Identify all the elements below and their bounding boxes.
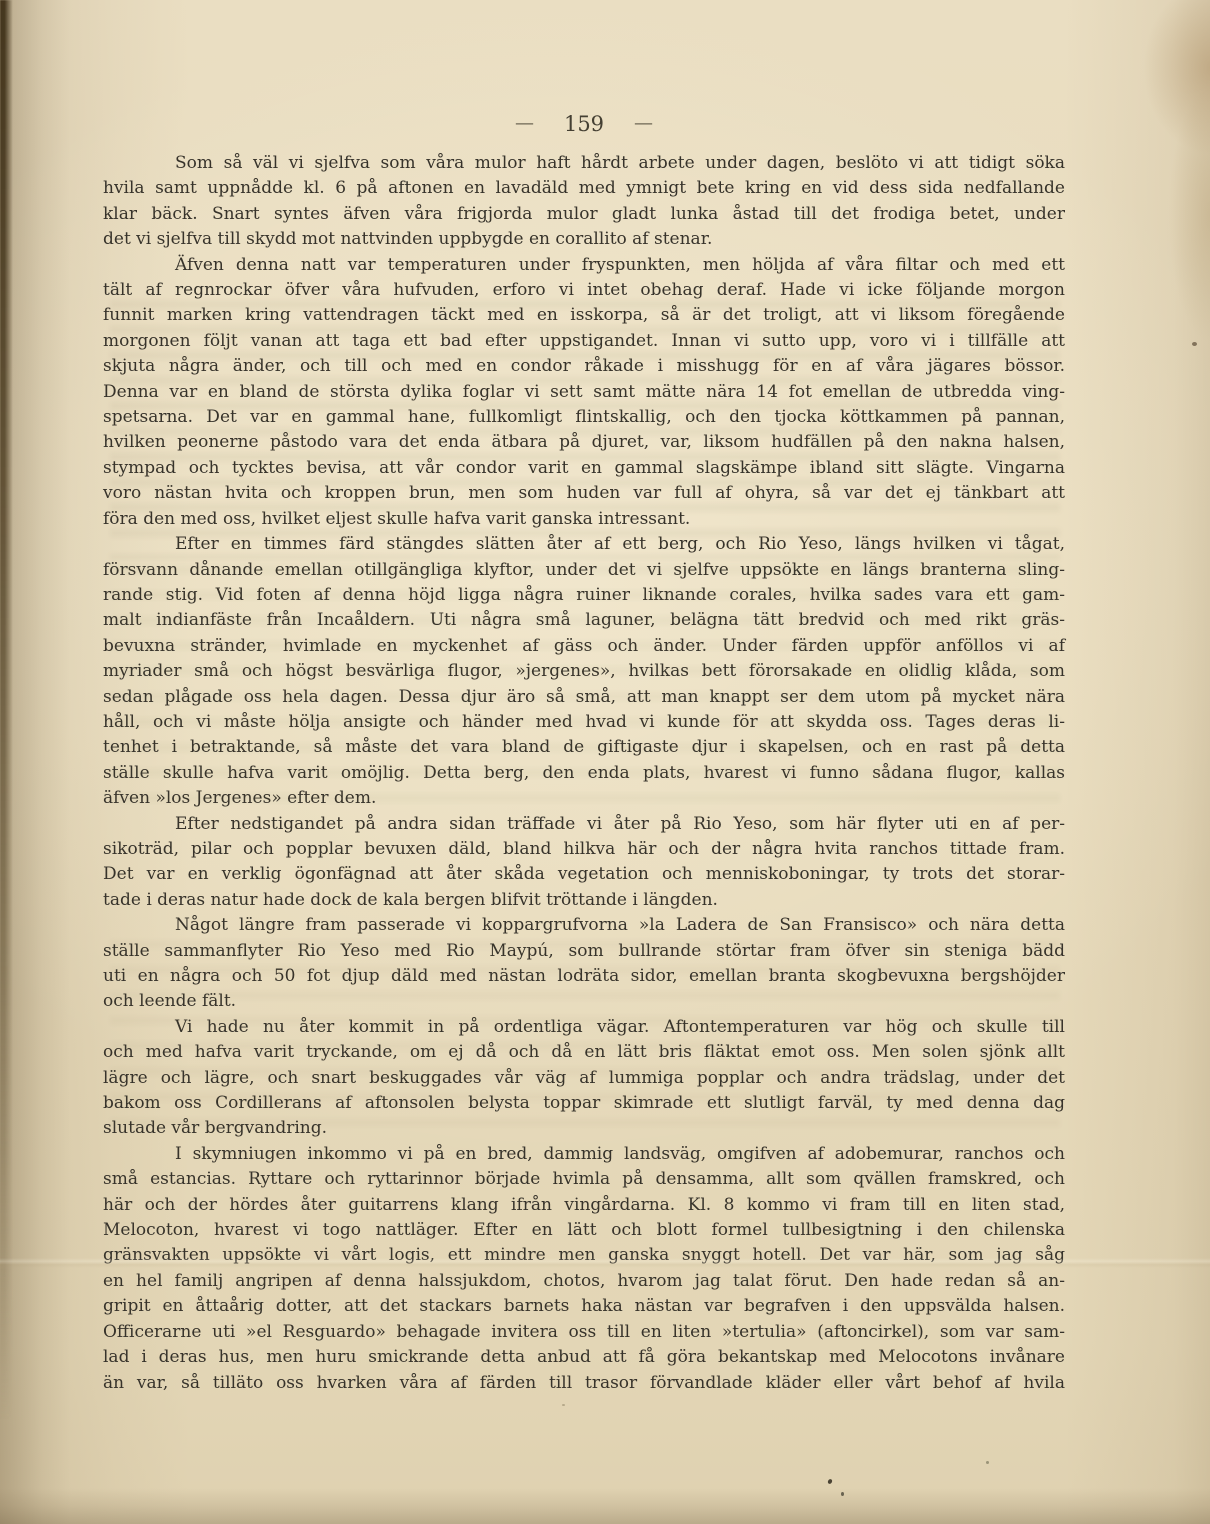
text-line: Äfven denna natt var temperaturen under … <box>103 253 1065 278</box>
text-line: än var, så tilläto oss hvarken våra af f… <box>103 1371 1065 1396</box>
text-line: en hel familj angripen af denna halssjuk… <box>103 1269 1065 1294</box>
text-line: rande stig. Vid foten af denna höjd ligg… <box>103 583 1065 608</box>
text-line: skjuta några änder, och till och med en … <box>103 354 1065 379</box>
text-line: och med hafva varit tryckande, om ej då … <box>103 1040 1065 1065</box>
text-line: klar bäck. Snart syntes äfven våra frigj… <box>103 202 1065 227</box>
text-line: Vi hade nu åter kommit in på ordentliga … <box>103 1015 1065 1040</box>
text-line: slutade vår bergvandring. <box>103 1116 1065 1141</box>
text-line: tenhet i betraktande, så måste det vara … <box>103 735 1065 760</box>
text-line: Efter en timmes färd stängdes slätten åt… <box>103 532 1065 557</box>
text-line: Något längre fram passerade vi koppargru… <box>103 913 1065 938</box>
ink-speck <box>986 1461 989 1464</box>
text-line: stympad och tycktes bevisa, att vår cond… <box>103 456 1065 481</box>
text-line: sedan plågade oss hela dagen. Dessa djur… <box>103 685 1065 710</box>
bottom-fold-shadow <box>0 1488 1210 1524</box>
text-line: gränsvakten uppsökte vi vårt logis, ett … <box>103 1243 1065 1268</box>
header-dash-left: — <box>515 112 534 134</box>
text-line: det vi sjelfva till skydd mot nattvinden… <box>103 227 1065 252</box>
text-line: Denna var en bland de största dylika fog… <box>103 380 1065 405</box>
text-line: äfven »los Jergenes» efter dem. <box>103 786 1065 811</box>
text-line: funnit marken kring vattendragen täckt m… <box>103 303 1065 328</box>
text-line: håll, och vi måste hölja ansigte och hän… <box>103 710 1065 735</box>
text-line: gripit en åttaårig dotter, att det stack… <box>103 1294 1065 1319</box>
text-line: malt indianfäste från Incaåldern. Uti nå… <box>103 608 1065 633</box>
text-line: Melocoton, hvarest vi togo nattläger. Ef… <box>103 1218 1065 1243</box>
text-line: tade i deras natur hade dock de kala ber… <box>103 888 1065 913</box>
text-line: ställe skulle hafva varit omöjlig. Detta… <box>103 761 1065 786</box>
text-line: här och der hördes åter guitarrens klang… <box>103 1193 1065 1218</box>
text-line: Officerarne uti »el Resguardo» behagade … <box>103 1320 1065 1345</box>
text-line: I skymniugen inkommo vi på en bred, damm… <box>103 1142 1065 1167</box>
ink-speck <box>841 1492 844 1496</box>
text-line: hvila samt uppnådde kl. 6 på aftonen en … <box>103 176 1065 201</box>
header-dash-right: — <box>634 112 653 134</box>
text-line: ställe sammanflyter Rio Yeso med Rio May… <box>103 939 1065 964</box>
page-number: 159 <box>564 112 604 136</box>
ink-speck <box>827 1478 833 1484</box>
page-header: — 159 — <box>103 112 1065 136</box>
text-line: och leende fält. <box>103 989 1065 1014</box>
text-line: sikoträd, pilar och popplar bevuxen däld… <box>103 837 1065 862</box>
text-line: lad i deras hus, men huru smickrande det… <box>103 1345 1065 1370</box>
text-line: myriader små och högst besvärliga flugor… <box>103 659 1065 684</box>
text-line: morgonen följt vanan att taga ett bad ef… <box>103 329 1065 354</box>
text-line: voro nästan hvita och kroppen brun, men … <box>103 481 1065 506</box>
text-line: bakom oss Cordillerans af aftonsolen bel… <box>103 1091 1065 1116</box>
text-line: lägre och lägre, och snart beskuggades v… <box>103 1066 1065 1091</box>
text-line: Efter nedstigandet på andra sidan träffa… <box>103 812 1065 837</box>
text-line: bevuxna stränder, hvimlade en myckenhet … <box>103 634 1065 659</box>
scanned-book-page: — 159 — Som så väl vi sjelfva som våra m… <box>0 0 1210 1524</box>
text-line: Det var en verklig ögonfägnad att åter s… <box>103 862 1065 887</box>
text-line: tält af regnrockar öfver våra hufvuden, … <box>103 278 1065 303</box>
text-line: uti en några och 50 fot djup däld med nä… <box>103 964 1065 989</box>
text-line: föra den med oss, hvilket eljest skulle … <box>103 507 1065 532</box>
spine-edge-shadow <box>0 0 13 1420</box>
ink-speck <box>562 1404 565 1406</box>
text-block: Som så väl vi sjelfva som våra mulor haf… <box>103 151 1065 1396</box>
text-line: försvann dånande emellan otillgängliga k… <box>103 558 1065 583</box>
text-line: små estancias. Ryttare och ryttarinnor b… <box>103 1167 1065 1192</box>
text-line: hvilken peonerne påstodo vara det enda ä… <box>103 430 1065 455</box>
text-line: spetsarna. Det var en gammal hane, fullk… <box>103 405 1065 430</box>
text-line: Som så väl vi sjelfva som våra mulor haf… <box>103 151 1065 176</box>
ink-speck <box>1192 342 1197 346</box>
